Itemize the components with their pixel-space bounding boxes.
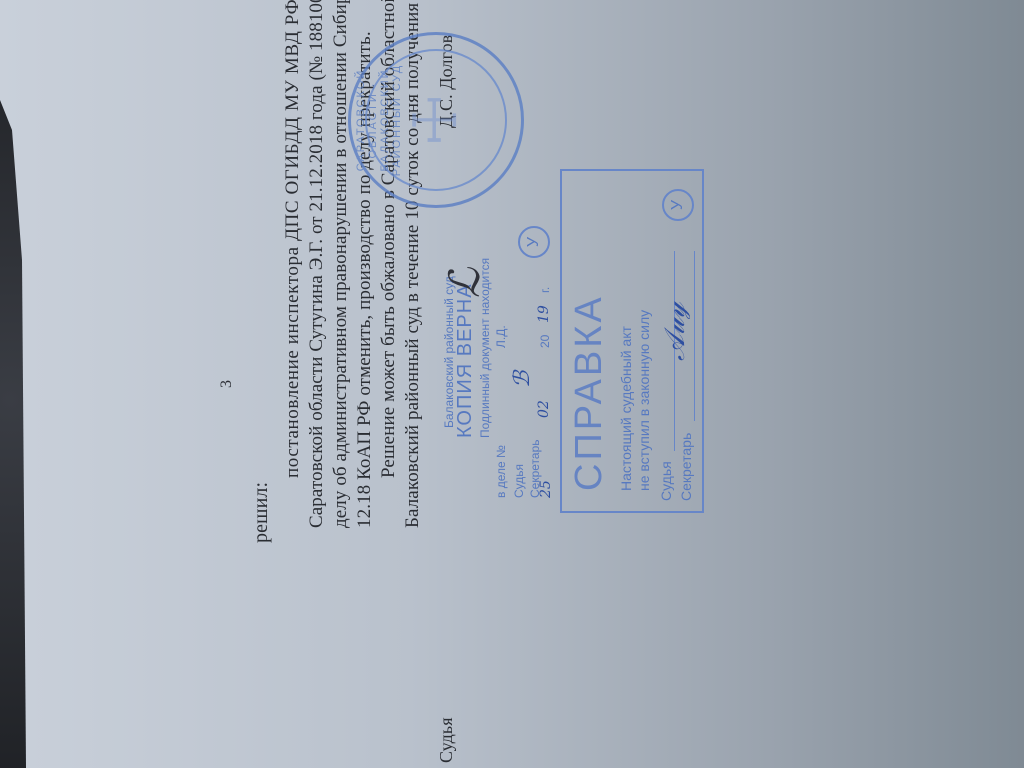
certificate-mark: У: [662, 189, 694, 221]
certificate-secretary-line: [694, 251, 695, 421]
copy-stamp-case-label: в деле №: [494, 445, 508, 498]
handwritten-signature-dark: ℒ: [440, 268, 489, 298]
court-seal: САРАТОВСКОЙ ОБЛАСТИ · БАЛАКОВСКИЙ РАЙОНН…: [348, 32, 524, 208]
certificate-title: СПРАВКА: [568, 294, 611, 491]
copy-stamp-year: 19: [536, 305, 552, 323]
copy-stamp-judge-label: Судья: [512, 464, 526, 498]
copy-stamp-signature: ℬ: [510, 371, 535, 388]
eagle-emblem-icon: ☩: [401, 93, 471, 147]
resolution-heading: решил:: [250, 482, 273, 543]
certificate-signature: 𝒜𝓊𝓎: [658, 302, 692, 361]
copy-stamp-month: 02: [536, 400, 552, 418]
copy-stamp-case-suffix: Л.Д.: [494, 325, 508, 348]
page-number: 3: [218, 380, 236, 388]
copy-stamp-year-prefix: 20: [538, 335, 552, 348]
certificate-secretary-label: Секретарь: [678, 433, 694, 501]
certificate-stamp: СПРАВКА Настоящий судебный акт не вступи…: [560, 169, 704, 513]
signature-label: Судья: [436, 717, 457, 763]
certificate-judge-label: Судья: [658, 461, 674, 501]
copy-stamp-day: 25: [538, 480, 554, 498]
document-page: 3 решил: постановление инспектора ДПС ОГ…: [0, 0, 1024, 768]
text-line-3: делу об административном правонарушении …: [330, 0, 352, 528]
copy-verified-stamp: Балаковский районный суд КОПИЯ ВЕРНА Под…: [440, 218, 550, 498]
text-line-2: Саратовской области Сутугина Э.Г. от 21.…: [306, 0, 328, 528]
certificate-line-1: Настоящий судебный акт: [618, 326, 634, 491]
copy-stamp-year-suffix: г.: [538, 287, 552, 293]
copy-stamp-mark: У: [518, 226, 550, 258]
copy-stamp-title: КОПИЯ ВЕРНА: [454, 283, 477, 438]
seal-ring-text: САРАТОВСКОЙ ОБЛАСТИ · БАЛАКОВСКИЙ РАЙОНН…: [355, 35, 403, 205]
certificate-line-2: не вступил в законную силу: [636, 310, 652, 491]
text-line-1: постановление инспектора ДПС ОГИБДД МУ М…: [282, 0, 304, 478]
